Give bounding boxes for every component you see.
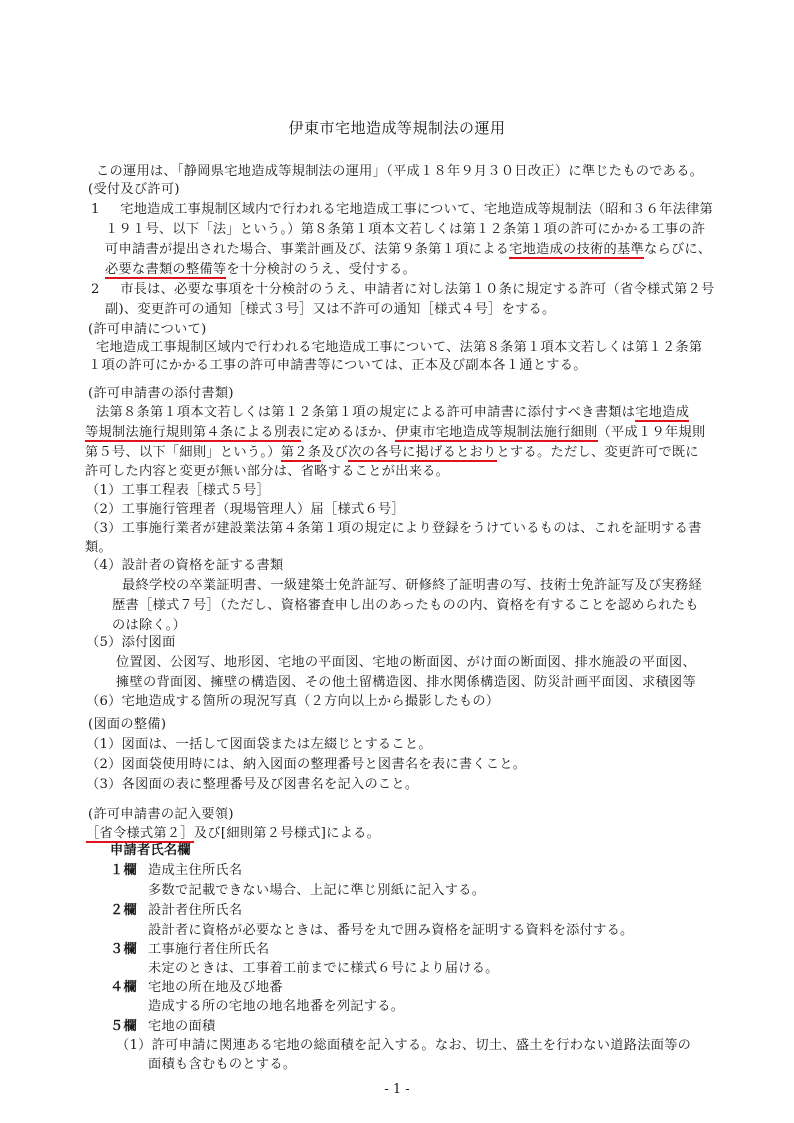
item-number: 2 <box>91 282 100 297</box>
applicant-heading: 申請者氏名欄 <box>110 842 191 860</box>
field-5-desc: （1）許可申請に関連ある宅地の総面積を記入する。なお、切土、盛土を行わない道路法… <box>116 1037 691 1055</box>
field-2: ２欄設計者住所氏名 <box>110 902 242 920</box>
field-3: ３欄工事施行者住所氏名 <box>110 941 269 959</box>
attachment-item-6: （6）宅地造成する箇所の現況写真（２方向以上から撮影したもの） <box>86 693 499 711</box>
field-1-desc: 多数で記載できない場合、上記に準じ別紙に記入する。 <box>148 882 485 900</box>
field-label: ２欄 <box>110 902 148 920</box>
intro-text: この運用は、「静岡県宅地造成等規制法の運用」（平成１８年９月３０日改正）に準じた… <box>96 163 703 181</box>
field-2-desc: 設計者に資格が必要なときは、番号を丸で囲み資格を証明する資料を添付する。 <box>148 922 634 940</box>
section-heading-drawings: (図面の整備) <box>88 716 166 734</box>
drawing-item-2: （2）図面袋使用時には、納入図面の整理番号と図書名を表に書くこと。 <box>86 756 526 774</box>
section-heading-attachments: (許可申請書の添付書類) <box>88 385 234 403</box>
field-1: １欄造成主住所氏名 <box>110 862 242 880</box>
document-page: 伊東市宅地造成等規制法の運用 この運用は、「静岡県宅地造成等規制法の運用」（平成… <box>0 0 794 1123</box>
field-5: ５欄宅地の面積 <box>110 1018 215 1036</box>
reception-item-1-line-3: 可申請書が提出された場合、事業計画及び、法第９条第１項による宅地造成の技術的基準… <box>105 241 711 259</box>
attachment-item-4-detail-3: のは除く。） <box>112 617 186 635</box>
application-line-2: １項の許可にかかる工事の許可申請書等については、正本及び副本各１通とする。 <box>88 357 587 375</box>
drawing-item-3: （3）各図面の表に整理番号及び図書名を記入のこと。 <box>86 776 418 794</box>
underlined-phrase: 等規制法施行規則第４条による別表 <box>85 425 301 442</box>
attachment-item-2: （2）工事施行管理者（現場管理人）届［様式６号］ <box>86 501 405 519</box>
underlined-phrase: 必要な書類の整備等 <box>105 262 226 279</box>
attachments-line-1: 法第８条第１項本文若しくは第１２条第１項の規定による許可申請書に添付すべき書類は… <box>96 404 689 422</box>
field-4: ４欄宅地の所在地及び地番 <box>110 979 283 997</box>
underlined-phrase: 宅地造成 <box>635 405 689 422</box>
attachment-item-4-detail-2: 歴書［様式７号］（ただし、資格審査申し出のあったものの内、資格を有することを認め… <box>112 597 699 615</box>
underlined-phrase: 第２条 <box>281 445 321 462</box>
attachments-line-4: 許可した内容と変更が無い部分は、省略することが出来る。 <box>85 463 449 481</box>
item-number: 1 <box>91 202 100 217</box>
underlined-phrase: 伊東市宅地造成等規制法施行細則 <box>395 425 597 442</box>
attachment-item-3: （3）工事施行業者が建設業法第４条第１項の規定により登録をうけているものは、これ… <box>86 520 702 538</box>
attachment-item-5-detail-2: 擁壁の背面図、擁壁の構造図、その他土留構造図、排水関係構造図、防災計画平面図、求… <box>116 674 696 692</box>
reception-item-1-line-1: 1 宅地造成工事規制区域内で行われる宅地造成工事について、宅地造成等規制法（昭和… <box>91 201 713 219</box>
reception-item-1-line-2: １９１号、以下「法」という。）第８条第１項本文若しくは第１２条第１項の許可にかか… <box>105 221 705 239</box>
section-heading-form-guide: (許可申請書の記入要領) <box>88 806 234 824</box>
attachment-item-4: （4）設計者の資格を証する書類 <box>86 557 284 575</box>
field-4-desc: 造成する所の宅地の地名地番を列記する。 <box>148 998 404 1016</box>
field-3-desc: 未定のときは、工事着工前までに様式６号により届ける。 <box>148 960 499 978</box>
underlined-phrase: 次の各号に掲げるとおり <box>348 445 496 462</box>
attachment-item-5: （5）添付図面 <box>86 634 176 652</box>
attachment-item-1: （1）工事工程表［様式５号］ <box>86 482 270 500</box>
form-guide-line-1: ［省令様式第２］及び[細則第２号様式]による。 <box>86 825 380 843</box>
attachments-line-3: 第５号、以下「細則」という。）第２条及び次の各号に掲げるとおりとする。ただし、変… <box>85 444 699 462</box>
field-5-desc-2: 面積も含むものとする。 <box>148 1056 296 1074</box>
reception-item-1-line-4: 必要な書類の整備等を十分検討のうえ、受付する。 <box>105 261 416 279</box>
field-label: ４欄 <box>110 979 148 997</box>
field-label: １欄 <box>110 862 148 880</box>
field-label: ５欄 <box>110 1018 148 1036</box>
underlined-phrase: 宅地造成の技術的基準 <box>509 242 644 259</box>
field-label: ３欄 <box>110 941 148 959</box>
drawing-item-1: （1）図面は、一括して図面袋または左綴じとすること。 <box>86 736 432 754</box>
attachment-item-5-detail-1: 位置図、公図写、地形図、宅地の平面図、宅地の断面図、がけ面の断面図、排水施設の平… <box>116 654 696 672</box>
attachments-line-2: 等規制法施行規則第４条による別表に定めるほか、伊東市宅地造成等規制法施行細則（平… <box>85 424 705 442</box>
document-title: 伊東市宅地造成等規制法の運用 <box>0 117 794 138</box>
attachment-item-3-cont: 類。 <box>85 539 112 557</box>
section-heading-application: (許可申請について) <box>88 321 207 339</box>
attachment-item-4-detail-1: 最終学校の卒業証明書、一級建築士免許証写、研修終了証明書の写、技術士免許証写及び… <box>122 577 702 595</box>
reception-item-2-line-2: 副)、変更許可の通知［様式３号］又は不許可の通知［様式４号］をする。 <box>105 301 556 319</box>
page-number: - 1 - <box>0 1082 794 1097</box>
section-heading-reception: (受付及び許可) <box>88 181 180 199</box>
application-line-1: 宅地造成工事規制区域内で行われる宅地造成工事について、法第８条第１項本文若しくは… <box>96 339 702 357</box>
reception-item-2-line-1: 2 市長は、必要な事項を十分検討のうえ、申請者に対し法第１０条に規定する許可（省… <box>91 281 714 299</box>
underlined-phrase: ［省令様式第２］ <box>86 826 194 843</box>
